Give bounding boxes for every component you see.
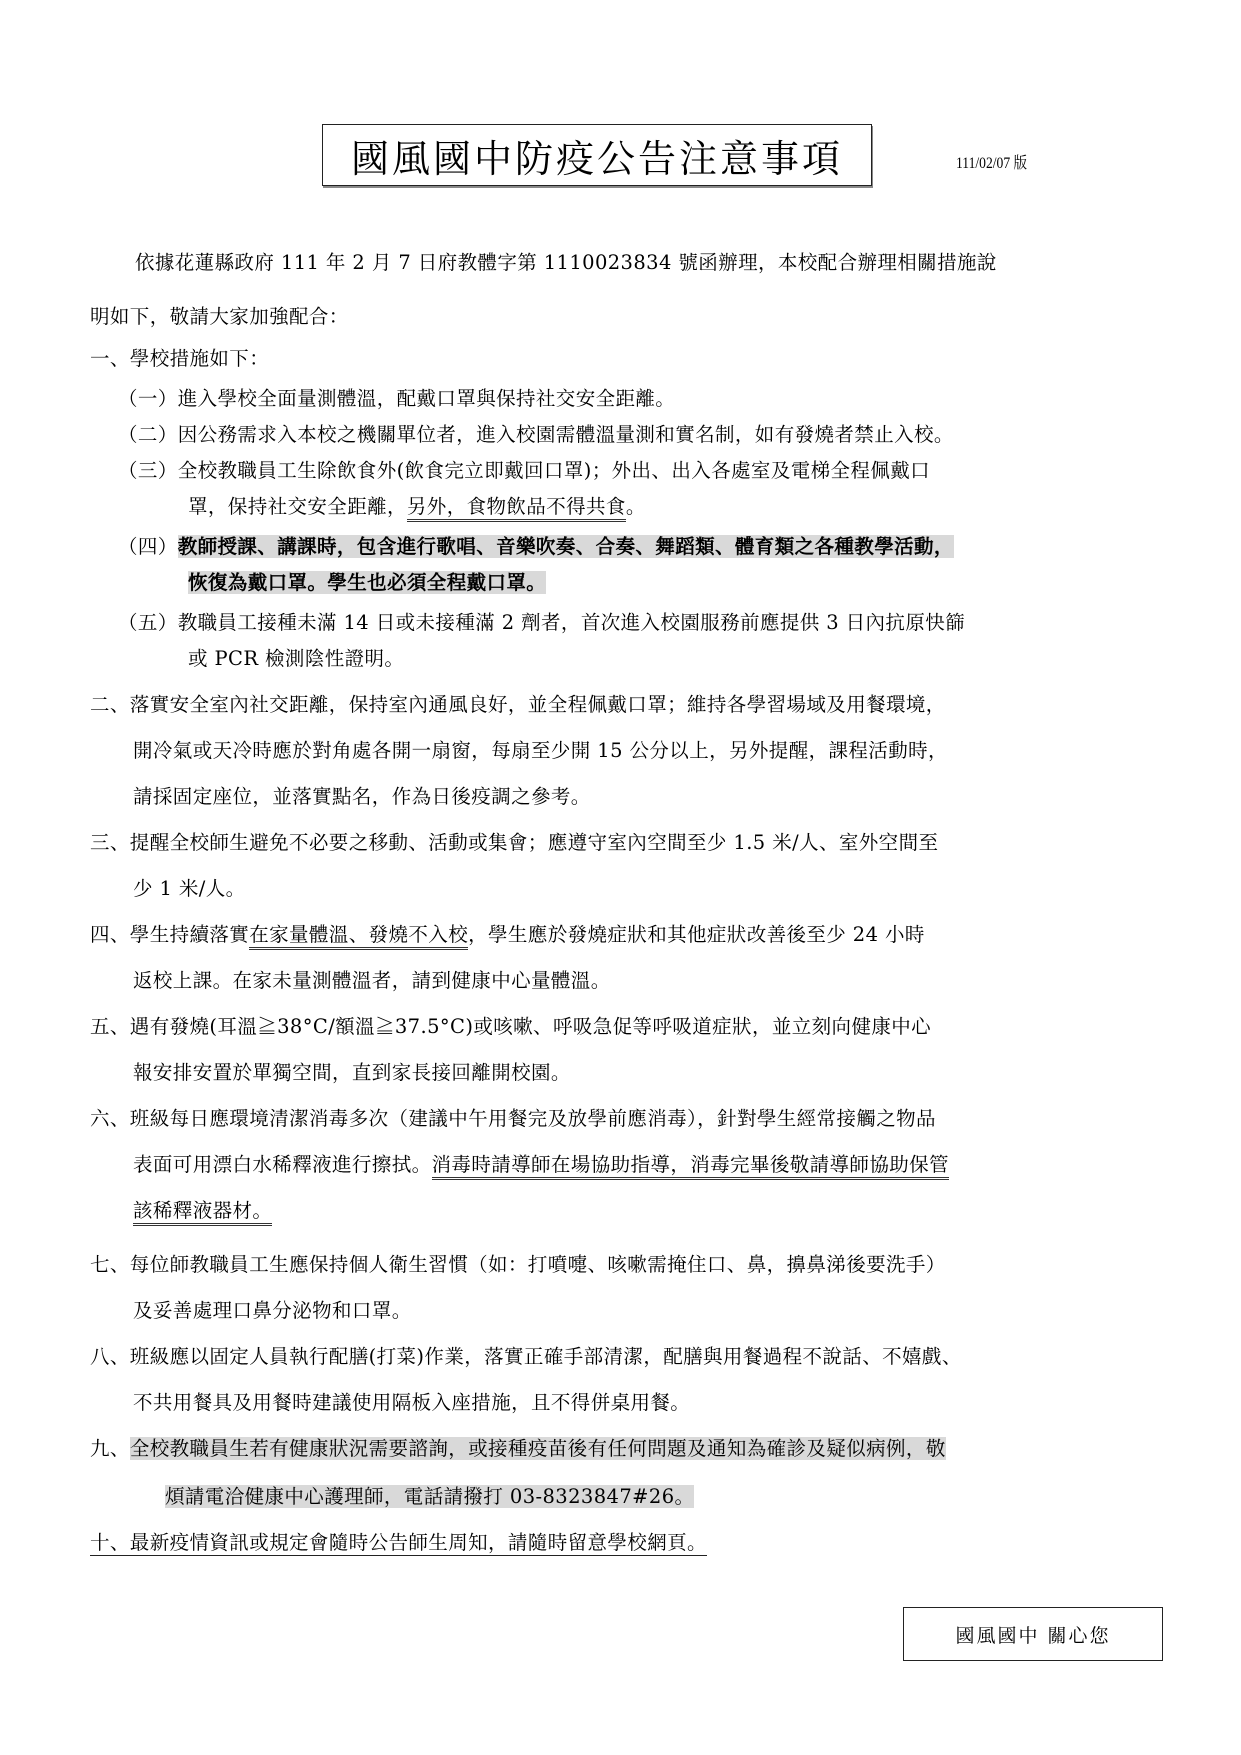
highlighted-text: 全校教職員生若有健康狀況需要諮詢，或接種疫苗後有任何問題及通知為確診及疑似病例，… bbox=[130, 1437, 946, 1460]
section-7-line-2: 及妥善處理口鼻分泌物和口罩。 bbox=[133, 1298, 412, 1324]
intro-line-2: 明如下，敬請大家加強配合： bbox=[90, 304, 349, 330]
section-1-item-3-line-2: 罩，保持社交安全距離，另外，食物飲品不得共食。 bbox=[188, 494, 646, 520]
section-4-text: 四、學生持續落實 bbox=[90, 923, 249, 946]
section-6-text: 表面可用漂白水稀釋液進行擦拭。 bbox=[133, 1153, 432, 1176]
section-10-line-1: 十、最新疫情資訊或規定會隨時公告師生周知，請隨時留意學校網頁。 bbox=[90, 1530, 707, 1556]
item-label: （三） bbox=[118, 459, 178, 482]
item-text: 進入學校全面量測體溫，配戴口罩與保持社交安全距離。 bbox=[178, 387, 676, 410]
item-text: 因公務需求入本校之機關單位者，進入校園需體溫量測和實名制，如有發燒者禁止入校。 bbox=[178, 423, 954, 446]
version-label: 111/02/07 版 bbox=[956, 150, 1027, 173]
section-4-line-2: 返校上課。在家未量測體溫者，請到健康中心量體溫。 bbox=[133, 968, 611, 994]
item-text: 教職員工接種未滿 14 日或未接種滿 2 劑者，首次進入校園服務前應提供 3 日… bbox=[178, 611, 965, 634]
highlighted-text: 煩請電洽健康中心護理師，電話請撥打 03-8323847#26。 bbox=[165, 1485, 694, 1508]
title-text: 國風國中防疫公告注意事項 bbox=[351, 128, 843, 183]
section-6-line-3: 該稀釋液器材。 bbox=[133, 1198, 272, 1224]
item-label: （四） bbox=[118, 535, 178, 558]
item-text: 全校教職員工生除飲食外(飲食完立即戴回口罩)；外出、出入各處室及電梯全程佩戴口 bbox=[178, 459, 930, 482]
section-3-line-2: 少 1 米/人。 bbox=[133, 876, 246, 902]
underlined-text: 十、最新疫情資訊或規定會隨時公告師生周知，請隨時留意學校網頁。 bbox=[90, 1531, 707, 1556]
item-label: （二） bbox=[118, 423, 178, 446]
highlighted-text: 教師授課、講課時，包含進行歌唱、音樂吹奏、合奏、舞蹈類、體育類之各種教學活動， bbox=[178, 535, 954, 558]
highlighted-text: 恢復為戴口罩。學生也必須全程戴口罩。 bbox=[188, 571, 546, 594]
section-8-line-1: 八、班級應以固定人員執行配膳(打菜)作業，落實正確手部清潔，配膳與用餐過程不說話… bbox=[90, 1344, 962, 1370]
section-8-line-2: 不共用餐具及用餐時建議使用隔板入座措施，且不得併桌用餐。 bbox=[133, 1390, 690, 1416]
signoff-box: 國風國中 關心您 bbox=[903, 1607, 1163, 1661]
section-1-item-4-line-1: （四）教師授課、講課時，包含進行歌唱、音樂吹奏、合奏、舞蹈類、體育類之各種教學活… bbox=[118, 534, 954, 560]
page-title: 國風國中防疫公告注意事項 bbox=[322, 124, 872, 186]
section-1-item-5-line-1: （五）教職員工接種未滿 14 日或未接種滿 2 劑者，首次進入校園服務前應提供 … bbox=[118, 610, 965, 636]
section-1-item-3-line-1: （三）全校教職員工生除飲食外(飲食完立即戴回口罩)；外出、出入各處室及電梯全程佩… bbox=[118, 458, 930, 484]
section-4-text-post: ，學生應於發燒症狀和其他症狀改善後至少 24 小時 bbox=[468, 923, 925, 946]
item-label: （一） bbox=[118, 387, 178, 410]
section-6-line-1: 六、班級每日應環境清潔消毒多次（建議中午用餐完及放學前應消毒），針對學生經常接觸… bbox=[90, 1106, 936, 1132]
section-9-line-1: 九、全校教職員生若有健康狀況需要諮詢，或接種疫苗後有任何問題及通知為確診及疑似病… bbox=[90, 1436, 946, 1462]
signoff-text: 國風國中 關心您 bbox=[955, 1621, 1110, 1648]
section-1-heading: 一、學校措施如下： bbox=[90, 346, 269, 372]
section-1-item-2: （二）因公務需求入本校之機關單位者，進入校園需體溫量測和實名制，如有發燒者禁止入… bbox=[118, 422, 954, 448]
section-5-line-1: 五、遇有發燒(耳溫≧38°C/額溫≧37.5°C)或咳嗽、呼吸急促等呼吸道症狀，… bbox=[90, 1014, 931, 1040]
section-7-line-1: 七、每位師教職員工生應保持個人衛生習慣（如：打噴嚏、咳嗽需掩住口、鼻，擤鼻涕後要… bbox=[90, 1252, 946, 1278]
section-1-item-1: （一）進入學校全面量測體溫，配戴口罩與保持社交安全距離。 bbox=[118, 386, 675, 412]
section-9-prefix: 九、 bbox=[90, 1437, 130, 1460]
section-2-line-3: 請採固定座位，並落實點名，作為日後疫調之參考。 bbox=[133, 784, 591, 810]
underlined-text: 另外，食物飲品不得共食 bbox=[407, 495, 626, 522]
section-9-line-2: 煩請電洽健康中心護理師，電話請撥打 03-8323847#26。 bbox=[165, 1484, 694, 1510]
section-5-line-2: 報安排安置於單獨空間，直到家長接回離開校園。 bbox=[133, 1060, 571, 1086]
section-2-line-2: 開冷氣或天冷時應於對角處各開一扇窗，每扇至少開 15 公分以上，另外提醒，課程活… bbox=[133, 738, 948, 764]
section-1-item-4-line-2: 恢復為戴口罩。學生也必須全程戴口罩。 bbox=[188, 570, 546, 596]
underlined-text: 該稀釋液器材。 bbox=[133, 1199, 272, 1226]
item-text: 罩，保持社交安全距離， bbox=[188, 495, 407, 518]
section-6-line-2: 表面可用漂白水稀釋液進行擦拭。消毒時請導師在場協助指導，消毒完畢後敬請導師協助保… bbox=[133, 1152, 949, 1178]
section-3-line-1: 三、提醒全校師生避免不必要之移動、活動或集會；應遵守室內空間至少 1.5 米/人… bbox=[90, 830, 938, 856]
section-4-line-1: 四、學生持續落實在家量體溫、發燒不入校，學生應於發燒症狀和其他症狀改善後至少 2… bbox=[90, 922, 925, 948]
section-1-item-5-line-2: 或 PCR 檢測陰性證明。 bbox=[188, 646, 404, 672]
underlined-text: 在家量體溫、發燒不入校 bbox=[249, 923, 468, 950]
item-text-end: 。 bbox=[626, 495, 646, 518]
intro-line-1: 依據花蓮縣政府 111 年 2 月 7 日府教體字第 1110023834 號函… bbox=[135, 250, 997, 276]
item-label: （五） bbox=[118, 611, 178, 634]
underlined-text: 消毒時請導師在場協助指導，消毒完畢後敬請導師協助保管 bbox=[432, 1153, 949, 1180]
section-2-line-1: 二、落實安全室內社交距離，保持室內通風良好，並全程佩戴口罩；維持各學習場域及用餐… bbox=[90, 692, 946, 718]
